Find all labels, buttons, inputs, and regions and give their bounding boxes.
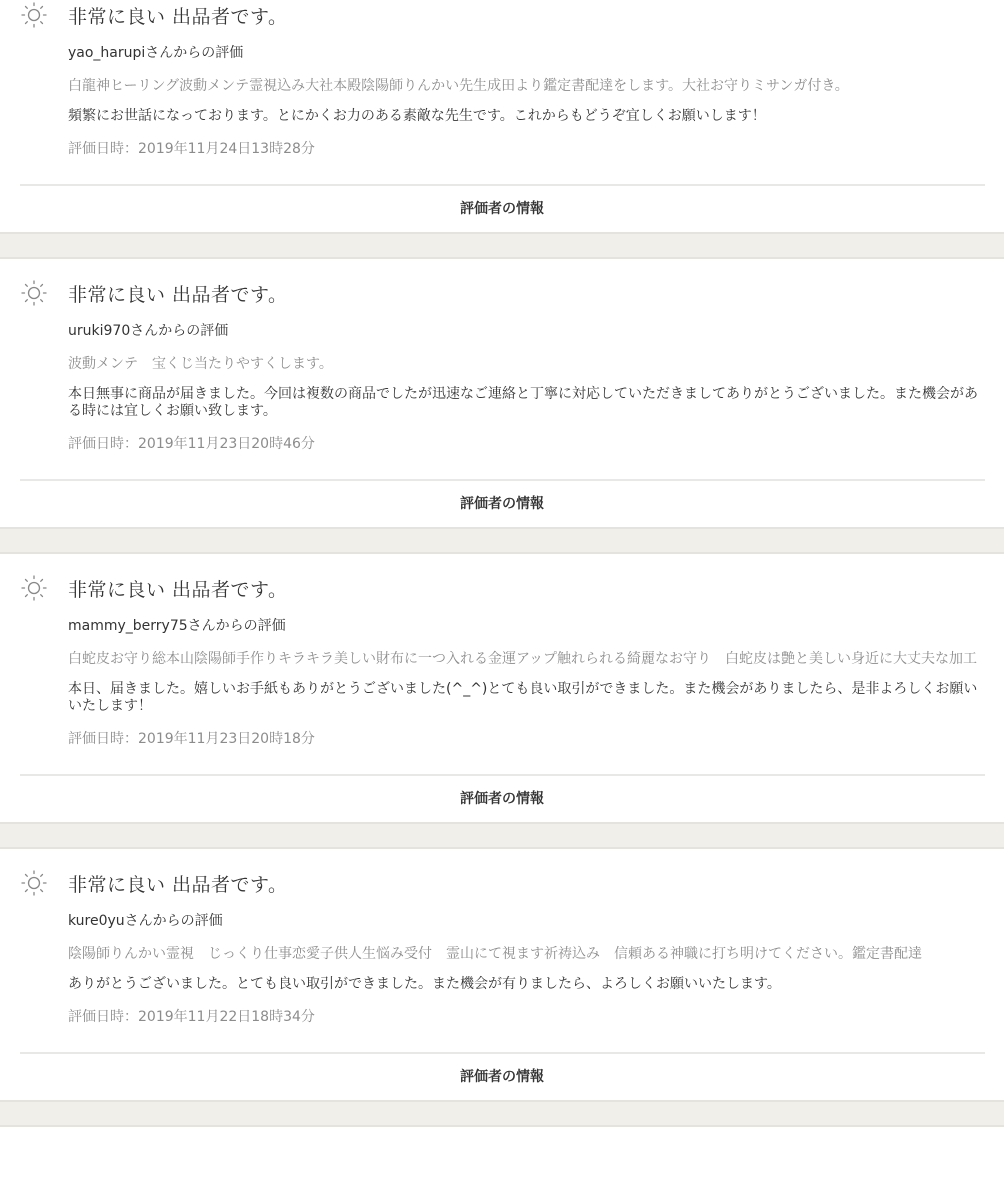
reviewer-name: kure0yuさんからの評価 — [68, 913, 985, 930]
sun-icon — [20, 1, 48, 29]
sun-icon — [20, 869, 48, 897]
review-comment: 本日無事に商品が届きました。今回は複数の商品でしたが迅速なご連絡と丁寧に対応して… — [68, 386, 985, 420]
review-date: 評価日時：2019年11月23日20時18分 — [68, 731, 985, 748]
product-title: 白龍神ヒーリング波動メンテ霊視込み大社本殿陰陽師りんかい先生成田より鑑定書配達を… — [68, 78, 985, 94]
product-title: 白蛇皮お守り総本山陰陽師手作りキラキラ美しい財布に一つ入れる金運アップ触れられる… — [68, 651, 985, 667]
review-date: 評価日時：2019年11月23日20時46分 — [68, 436, 985, 453]
sun-icon — [20, 279, 48, 307]
review-header: 非常に良い 出品者です。 — [20, 869, 985, 897]
rating-label: 非常に良い 出品者です。 — [68, 575, 288, 602]
review-card: 非常に良い 出品者です。 uruki970さんからの評価 波動メンテ 宝くじ当た… — [0, 259, 1004, 527]
reviewer-name: uruki970さんからの評価 — [68, 323, 985, 340]
review-date: 評価日時：2019年11月24日13時28分 — [68, 141, 985, 158]
review-card: 非常に良い 出品者です。 kure0yuさんからの評価 陰陽師りんかい霊視 じっ… — [0, 849, 1004, 1100]
card-separator — [0, 232, 1004, 259]
review-date: 評価日時：2019年11月22日18時34分 — [68, 1009, 985, 1026]
review-card-next — [0, 1127, 1004, 1187]
review-header: 非常に良い 出品者です。 — [20, 1, 985, 29]
rating-label: 非常に良い 出品者です。 — [68, 2, 288, 29]
review-comment: 頻繁にお世話になっております。とにかくお力のある素敵な先生です。これからもどうぞ… — [68, 108, 985, 125]
sun-icon — [20, 574, 48, 602]
review-comment: ありがとうございました。とても良い取引ができました。また機会が有りましたら、よろ… — [68, 976, 985, 993]
product-title: 波動メンテ 宝くじ当たりやすくします。 — [68, 356, 985, 372]
rating-label: 非常に良い 出品者です。 — [68, 280, 288, 307]
review-card: 非常に良い 出品者です。 mammy_berry75さんからの評価 白蛇皮お守り… — [0, 554, 1004, 822]
review-header: 非常に良い 出品者です。 — [20, 574, 985, 602]
review-header: 非常に良い 出品者です。 — [20, 279, 985, 307]
review-comment: 本日、届きました。嬉しいお手紙もありがとうございました(^_^)とても良い取引が… — [68, 681, 985, 715]
reviewer-name: yao_harupiさんからの評価 — [68, 45, 985, 62]
reviewer-name: mammy_berry75さんからの評価 — [68, 618, 985, 635]
product-title: 陰陽師りんかい霊視 じっくり仕事恋愛子供人生悩み受付 霊山にて視ます祈祷込み 信… — [68, 946, 985, 962]
review-card: 非常に良い 出品者です。 yao_harupiさんからの評価 白龍神ヒーリング波… — [0, 0, 1004, 232]
review-list: 非常に良い 出品者です。 yao_harupiさんからの評価 白龍神ヒーリング波… — [0, 0, 1004, 1187]
reviewer-info-button[interactable]: 評価者の情報 — [0, 1054, 1004, 1100]
card-separator — [0, 527, 1004, 554]
card-separator — [0, 822, 1004, 849]
reviewer-info-button[interactable]: 評価者の情報 — [0, 776, 1004, 822]
reviewer-info-button[interactable]: 評価者の情報 — [0, 186, 1004, 232]
card-separator — [0, 1100, 1004, 1127]
rating-label: 非常に良い 出品者です。 — [68, 870, 288, 897]
reviewer-info-button[interactable]: 評価者の情報 — [0, 481, 1004, 527]
